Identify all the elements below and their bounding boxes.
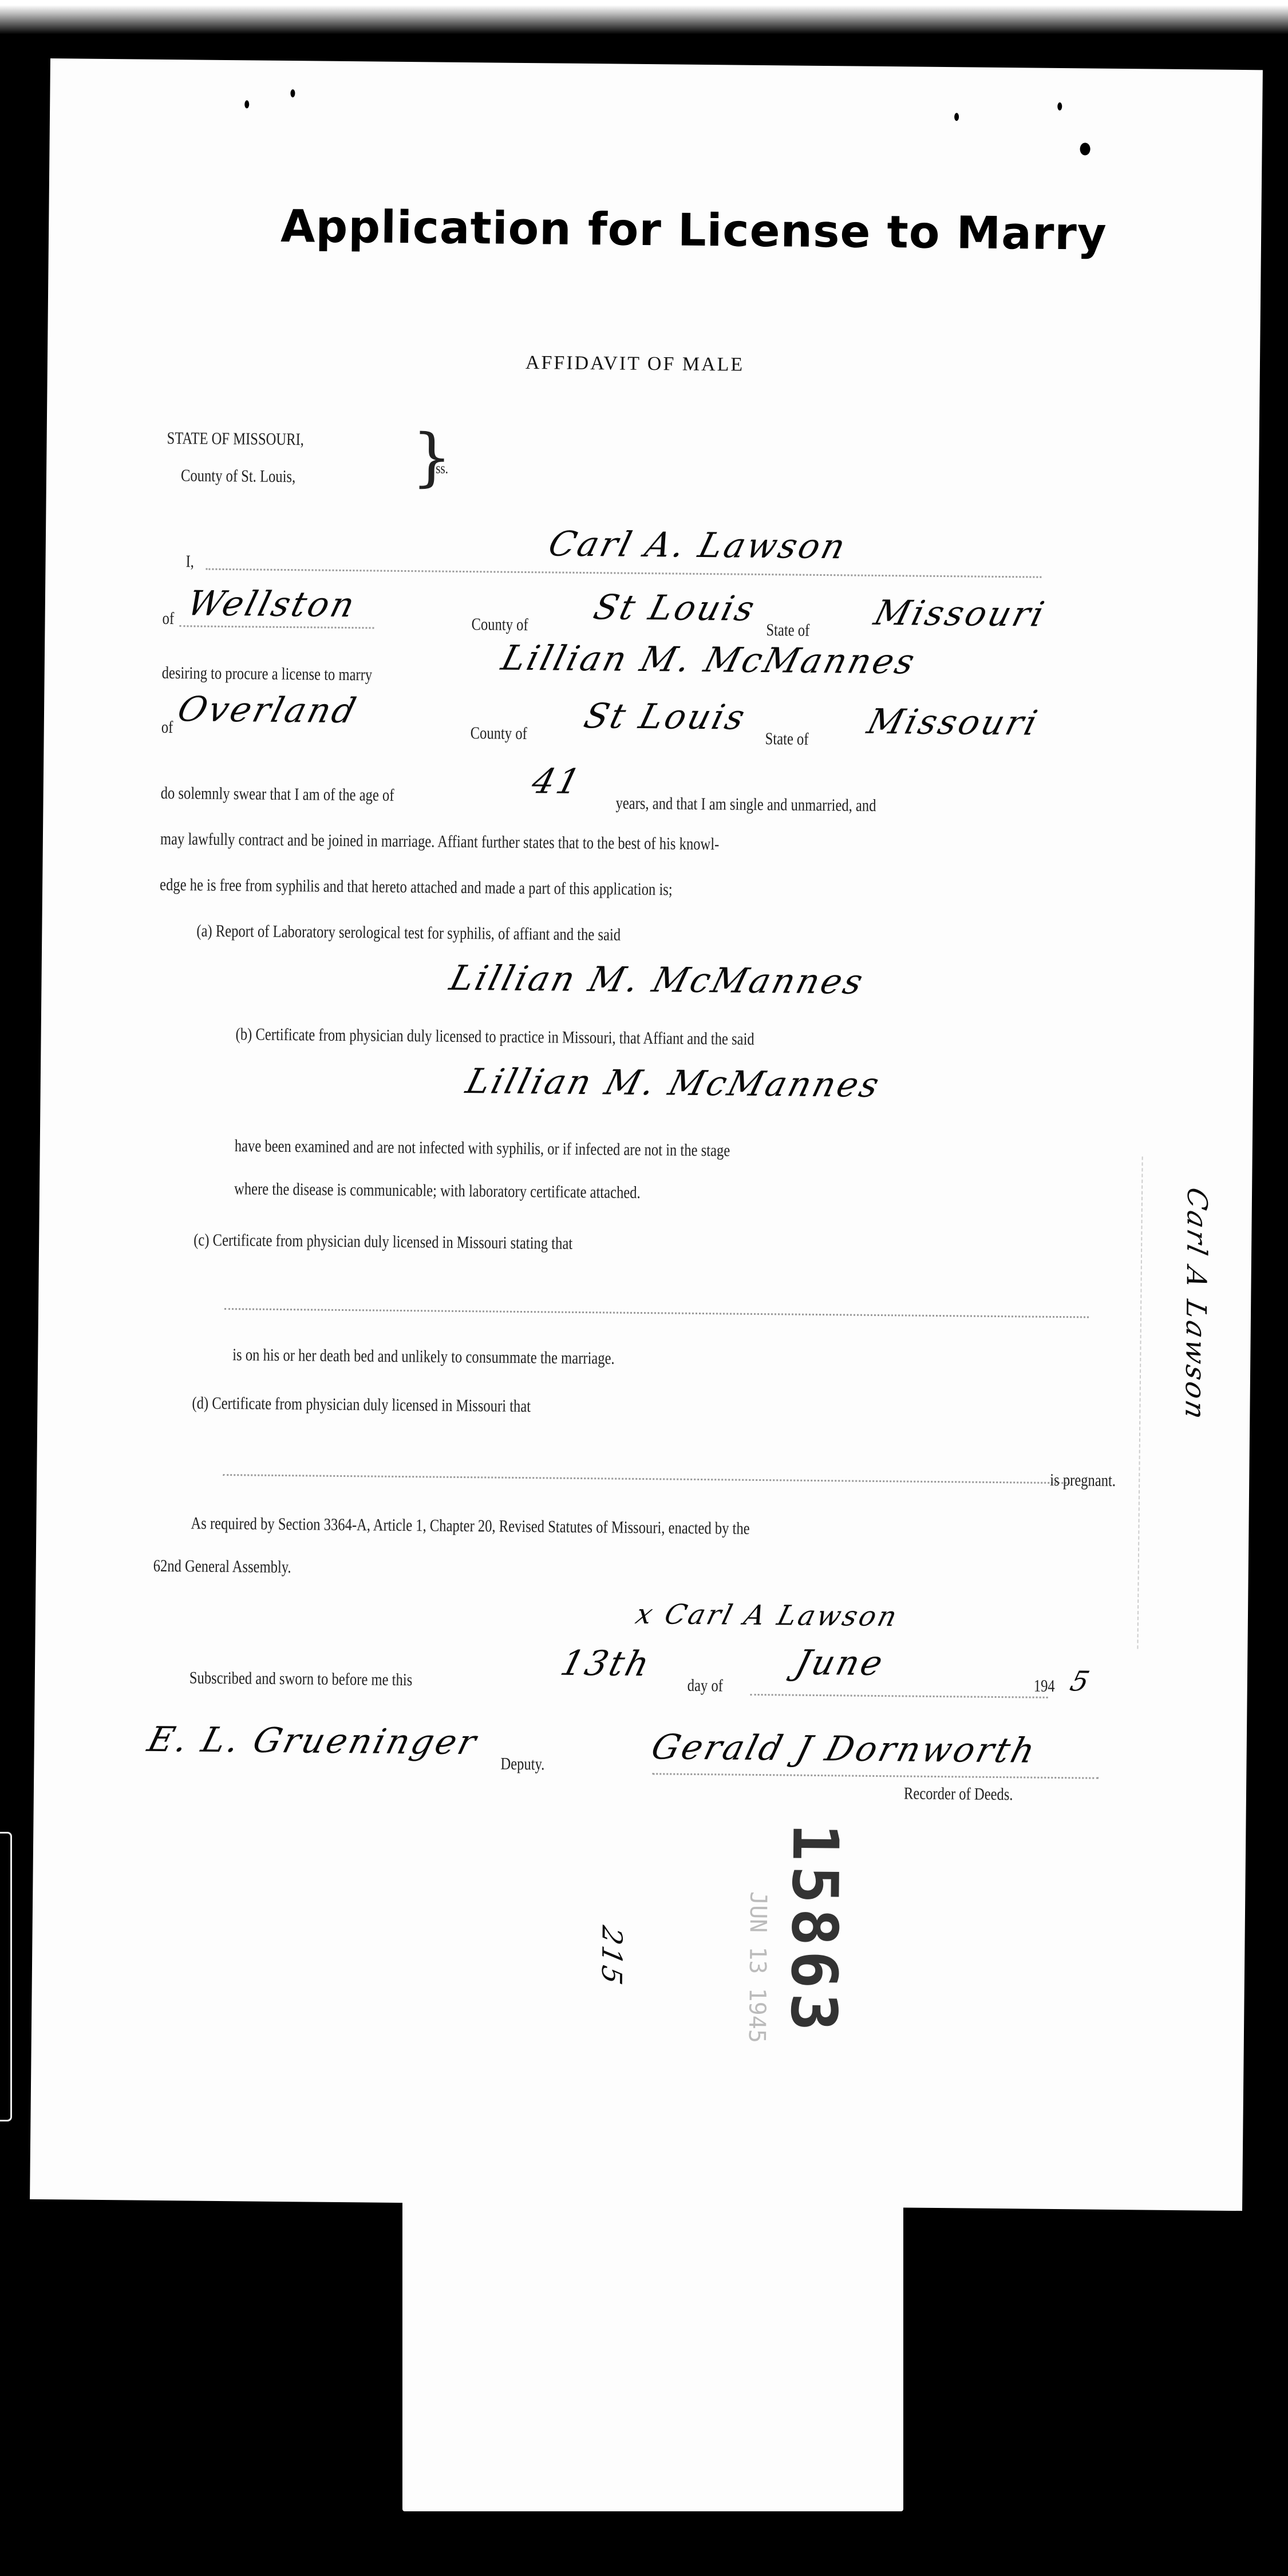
page-subtitle: AFFIDAVIT OF MALE: [526, 352, 745, 376]
venue-brace: }: [412, 425, 452, 489]
clause-b-cont-1: have been examined and are not infected …: [235, 1136, 730, 1160]
ink-speck: [244, 100, 249, 108]
clause-b-cont-2: where the disease is communicable; with …: [234, 1179, 641, 1203]
deputy-signature: E. L. Grueninger: [144, 1720, 483, 1763]
paragraph-line-2: may lawfully contract and be joined in m…: [160, 829, 720, 854]
dotted-line: [750, 1694, 1048, 1698]
statute-line-2: 62nd General Assembly.: [153, 1556, 291, 1577]
applicant-state: Missouri: [870, 593, 1050, 635]
margin-rule: [1137, 1156, 1143, 1649]
sworn-month: June: [791, 1643, 889, 1684]
bride-state: Missouri: [863, 702, 1044, 744]
clause-c: (c) Certificate from physician duly lice…: [193, 1230, 572, 1253]
date-stamp-faint: JUN 13 1945: [744, 1891, 772, 2043]
applicant-county: St Louis: [590, 587, 761, 629]
scan-edge-strip: [0, 1832, 12, 2121]
clause-b: (b) Certificate from physician duly lice…: [235, 1025, 754, 1049]
margin-note: 215: [595, 1923, 628, 1989]
bride-county: St Louis: [580, 696, 751, 738]
label-age-post: years, and that I am single and unmarrie…: [615, 794, 876, 816]
page-title: Application for License to Marry: [280, 201, 1107, 260]
venue-county: County of St. Louis,: [181, 466, 296, 487]
ink-speck: [1057, 102, 1062, 110]
age-value: 41: [528, 761, 586, 802]
dotted-line: [206, 568, 1041, 578]
scan-top-edge: [0, 0, 1288, 34]
sworn-year-digit: 5: [1067, 1665, 1095, 1697]
clause-b-name: Lillian M. McMannes: [462, 1061, 886, 1105]
ink-speck: [290, 89, 295, 97]
clause-a: (a) Report of Laboratory serological tes…: [196, 922, 621, 945]
paragraph-line-3: edge he is free from syphilis and that h…: [160, 875, 673, 900]
label-of-2: of: [161, 718, 173, 737]
label-deputy: Deputy.: [500, 1755, 544, 1775]
applicant-name: Carl A. Lawson: [544, 524, 852, 567]
document-page: Application for License to Marry AFFIDAV…: [30, 58, 1263, 2211]
recorder-signature: Gerald J Dornworth: [647, 1727, 1041, 1771]
dotted-line: [223, 1474, 1070, 1484]
statute-line-1: As required by Section 3364-A, Article 1…: [191, 1514, 750, 1538]
bride-name: Lillian M. McMannes: [497, 638, 921, 682]
ink-speck: [954, 113, 959, 121]
label-day-of: day of: [688, 1676, 723, 1696]
applicant-signature: x Carl A Lawson: [633, 1598, 903, 1633]
clause-d-cont: is pregnant.: [1050, 1471, 1116, 1491]
label-age-pre: do solemnly swear that I am of the age o…: [161, 784, 394, 805]
dotted-line: [652, 1773, 1099, 1779]
label-state-of: State of: [766, 621, 809, 641]
label-year-prefix: 194: [1034, 1677, 1055, 1696]
applicant-city: Wellston: [183, 583, 361, 625]
dotted-line: [224, 1308, 1089, 1318]
label-of: of: [162, 609, 174, 629]
file-number-stamp: 15863: [777, 1823, 852, 2036]
bride-city: Overland: [173, 689, 362, 731]
label-county-of: County of: [471, 615, 528, 635]
attached-slip: [402, 2168, 903, 2511]
clause-d: (d) Certificate from physician duly lice…: [192, 1393, 531, 1416]
venue-ss: ss.: [436, 460, 448, 477]
sworn-day: 13th: [556, 1643, 655, 1684]
label-i: I,: [185, 552, 194, 571]
label-subscribed: Subscribed and sworn to before me this: [189, 1668, 413, 1690]
label-recorder: Recorder of Deeds.: [904, 1784, 1013, 1804]
venue-state: STATE OF MISSOURI,: [167, 429, 304, 449]
clause-c-cont: is on his or her death bed and unlikely …: [232, 1345, 615, 1368]
label-state-of-2: State of: [765, 729, 808, 749]
ink-speck: [1080, 143, 1090, 155]
dotted-line: [179, 625, 374, 629]
label-desiring: desiring to procure a license to marry: [162, 663, 373, 685]
label-county-of-2: County of: [471, 724, 527, 744]
clause-a-name: Lillian M. McMannes: [446, 958, 870, 1002]
margin-signature: Carl A Lawson: [1179, 1184, 1213, 1424]
